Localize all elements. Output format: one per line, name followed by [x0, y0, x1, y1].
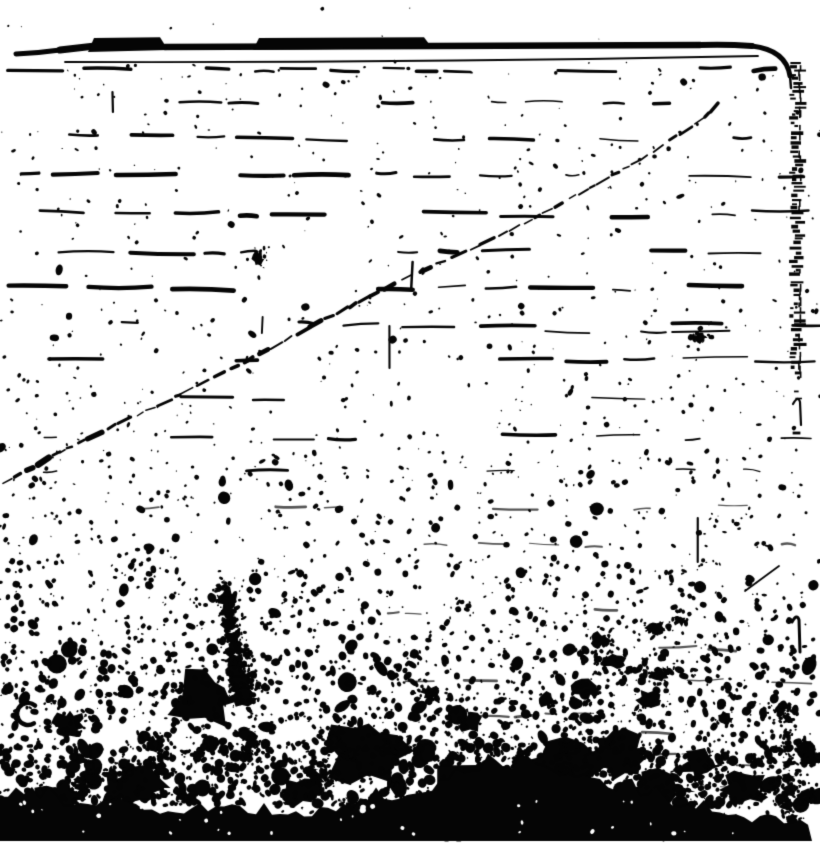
grunge-texture — [0, 0, 820, 860]
grunge-texture-canvas — [0, 0, 820, 860]
